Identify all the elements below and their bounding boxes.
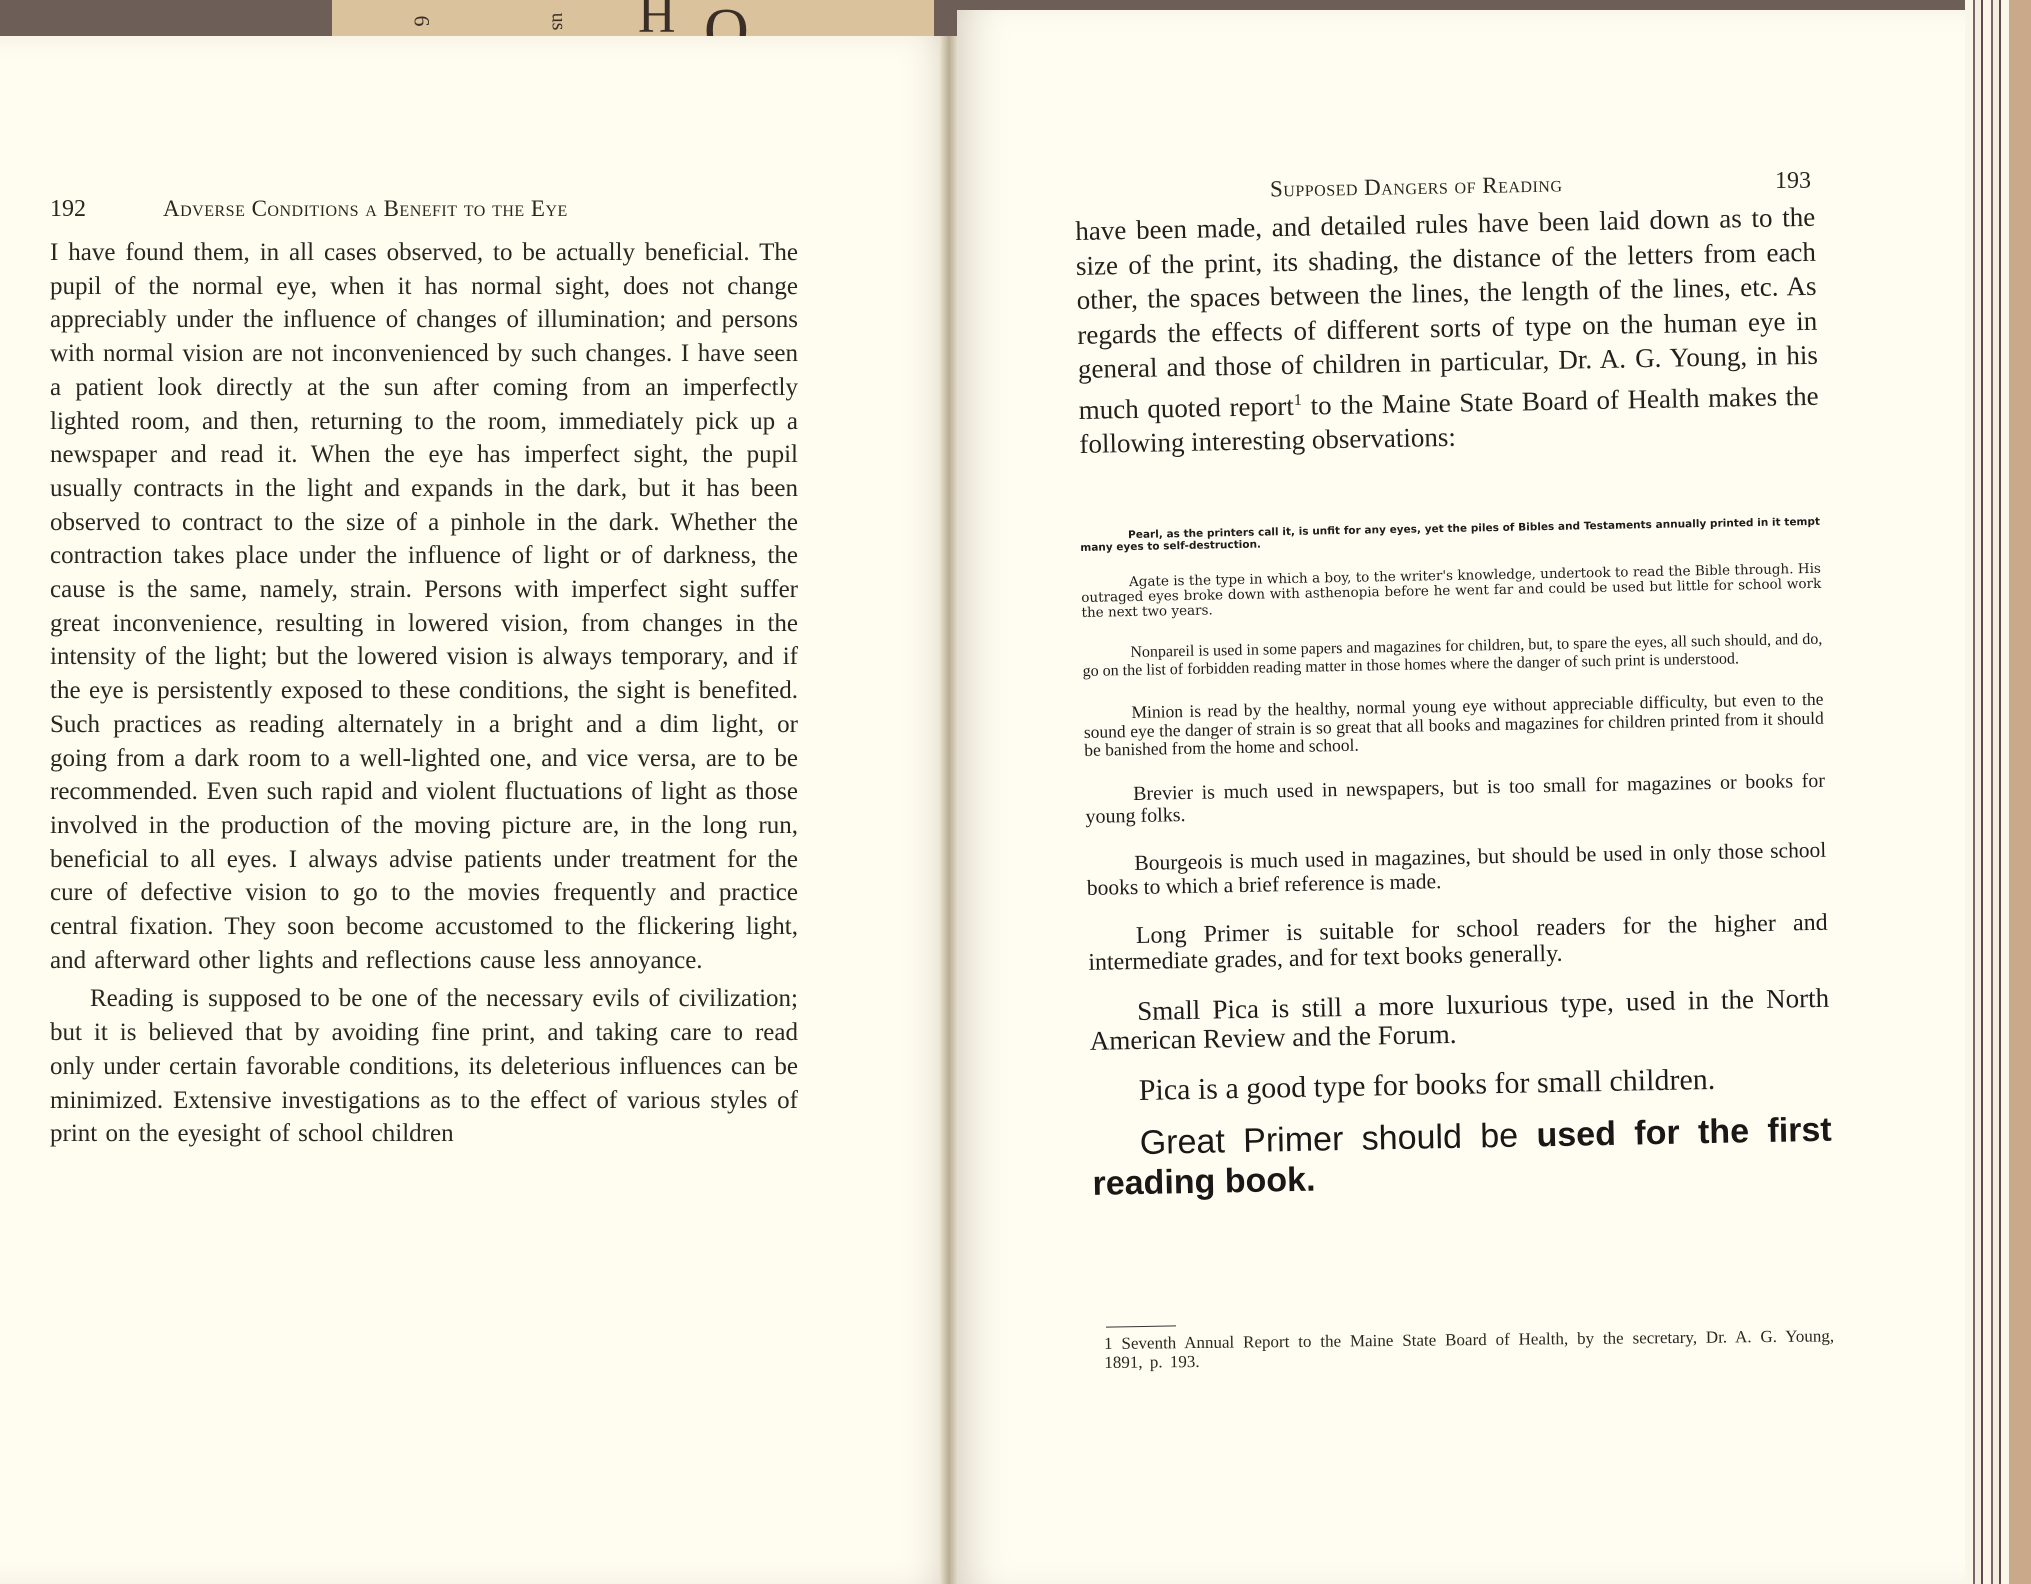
- footnote-marker: 1: [1104, 1334, 1113, 1353]
- paragraph: Reading is supposed to be one of the nec…: [50, 982, 798, 1151]
- footnote: 1 Seventh Annual Report to the Maine Sta…: [1104, 1326, 1834, 1372]
- right-page-intro: have been made, and detailed rules have …: [1075, 200, 1820, 462]
- cover-edge: [2009, 0, 2031, 1584]
- type-samples: Pearl, as the printers call it, is unfit…: [1080, 516, 1833, 1204]
- type-sample-bourgeois: Bourgeois is much used in magazines, but…: [1086, 837, 1827, 899]
- paragraph: I have found them, in all cases observed…: [50, 236, 798, 977]
- type-sample-small-pica: Small Pica is still a more luxurious typ…: [1089, 983, 1830, 1055]
- type-sample-long-primer: Long Primer is suitable for school reade…: [1088, 909, 1829, 975]
- type-sample-minion: Minion is read by the healthy, normal yo…: [1083, 690, 1824, 760]
- bookmark-glyph: us: [546, 13, 569, 31]
- left-page-body: I have found them, in all cases observed…: [50, 236, 798, 1151]
- book-gutter: [940, 36, 958, 1584]
- type-sample-brevier: Brevier is much used in newspapers, but …: [1085, 769, 1826, 827]
- footnote-text: Seventh Annual Report to the Maine State…: [1104, 1326, 1834, 1372]
- page-number-left: 192: [50, 196, 86, 223]
- bookmark-tab: 6 us H O: [332, 0, 934, 40]
- running-head-left: Adverse Conditions a Benefit to the Eye: [163, 196, 568, 222]
- type-sample-great-primer: Great Primer should be used for the firs…: [1091, 1109, 1832, 1203]
- bookmark-glyph: 6: [409, 16, 435, 27]
- page-number-right: 193: [1775, 168, 1811, 195]
- type-sample-agate: Agate is the type in which a boy, to the…: [1081, 562, 1822, 621]
- page-edges: [1965, 0, 2031, 1584]
- type-sample-pica: Pica is a good type for books for small …: [1090, 1061, 1830, 1107]
- type-sample-nonpareil: Nonpareil is used in some papers and mag…: [1082, 631, 1823, 680]
- running-head-right: Supposed Dangers of Reading: [1270, 171, 1563, 202]
